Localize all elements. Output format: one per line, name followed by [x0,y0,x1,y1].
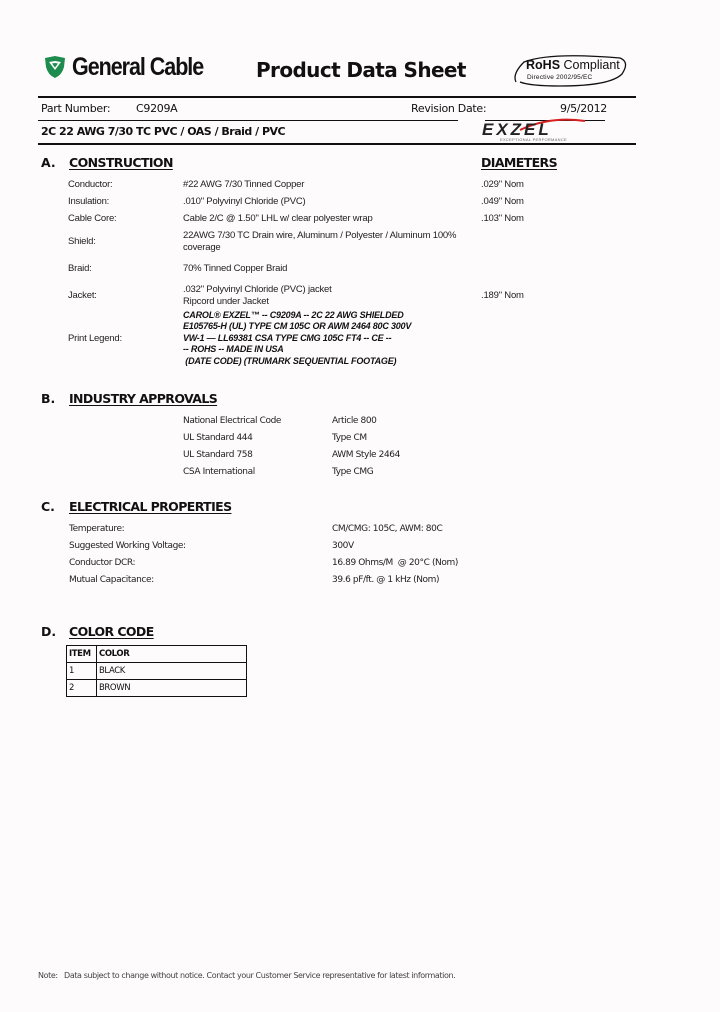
shield-label: Shield: [68,236,96,247]
rohs-text: RoHS Compliant [526,58,620,72]
cable-core-value: Cable 2/C @ 1.50" LHL w/ clear polyester… [183,213,373,225]
insulation-value: .010" Polyvinyl Chloride (PVC) [183,196,306,208]
jacket-value-line-2: Ripcord under Jacket [183,296,269,308]
approval-agency: UL Standard 758 [183,450,252,460]
section-letter-b: B. [41,391,55,406]
header-rule [38,96,636,98]
capacitance-label: Mutual Capacitance: [69,575,154,585]
company-logo: General Cable [44,52,225,82]
jacket-label: Jacket: [68,290,97,301]
jacket-diameter: .189" Nom [481,290,524,301]
print-legend-label: Print Legend: [68,333,122,344]
exzel-logo: EXZEL EXCEPTIONAL PERFORMANCE [480,118,610,144]
footer-note: Note: Data subject to change without not… [38,971,455,980]
approval-value: Article 800 [332,416,377,426]
conductor-diameter: .029" Nom [481,179,524,190]
cable-core-diameter: .103" Nom [481,213,524,224]
dcr-value: 16.89 Ohms/M @ 20°C (Nom) [332,558,458,568]
braid-value: 70% Tinned Copper Braid [183,263,287,275]
color-cell: BROWN [97,680,247,697]
section-letter-d: D. [41,624,56,639]
shield-value: 22AWG 7/30 TC Drain wire, Aluminum / Pol… [183,230,458,253]
product-description: 2C 22 AWG 7/30 TC PVC / OAS / Braid / PV… [41,125,285,138]
info-rule [38,120,458,121]
capacitance-value: 39.6 pF/ft. @ 1 kHz (Nom) [332,575,439,585]
conductor-value: #22 AWG 7/30 Tinned Copper [183,179,304,191]
page-title: Product Data Sheet [256,58,466,82]
item-cell: 1 [67,663,97,680]
approval-value: Type CM [332,433,367,443]
section-title-color-code: COLOR CODE [69,624,154,639]
approval-agency: CSA International [183,467,255,477]
part-number-label: Part Number: [41,102,110,115]
rohs-badge: RoHS Compliant Directive 2002/95/EC [510,52,630,88]
table-header-row: ITEM COLOR [67,646,247,663]
insulation-label: Insulation: [68,196,109,207]
part-number-value: C9209A [136,102,177,115]
approval-value: AWM Style 2464 [332,450,400,460]
print-legend-line: VW-1 — LL69381 CSA TYPE CMG 105C FT4 -- … [183,333,411,344]
approval-agency: UL Standard 444 [183,433,252,443]
color-code-table: ITEM COLOR 1 BLACK 2 BROWN [66,645,247,697]
header-item: ITEM [67,646,97,663]
item-cell: 2 [67,680,97,697]
rohs-directive: Directive 2002/95/EC [527,74,592,81]
voltage-value: 300V [332,541,354,551]
table-row: 1 BLACK [67,663,247,680]
voltage-label: Suggested Working Voltage: [69,541,186,551]
insulation-diameter: .049" Nom [481,196,524,207]
company-name: General Cable [72,53,203,82]
approval-value: Type CMG [332,467,373,477]
color-cell: BLACK [97,663,247,680]
braid-label: Braid: [68,263,92,274]
print-legend-line: CAROL® EXZEL™ -- C9209A -- 2C 22 AWG SHI… [183,310,411,321]
cable-core-label: Cable Core: [68,213,117,224]
dcr-label: Conductor DCR: [69,558,135,568]
print-legend-text: CAROL® EXZEL™ -- C9209A -- 2C 22 AWG SHI… [183,310,411,367]
section-title-electrical: ELECTRICAL PROPERTIES [69,499,231,514]
section-title-construction: CONSTRUCTION [69,155,173,170]
table-row: 2 BROWN [67,680,247,697]
revision-date-label: Revision Date: [411,102,486,115]
revision-date-value: 9/5/2012 [560,102,607,115]
temperature-value: CM/CMG: 105C, AWM: 80C [332,524,442,534]
print-legend-line: E105765-H (UL) TYPE CM 105C OR AWM 2464 … [183,321,411,332]
print-legend-line: (DATE CODE) (TRUMARK SEQUENTIAL FOOTAGE) [183,356,411,367]
info-bottom-rule [38,143,636,145]
shield-logo-icon [44,55,66,79]
conductor-label: Conductor: [68,179,112,190]
approval-agency: National Electrical Code [183,416,281,426]
jacket-value-line-1: .032" Polyvinyl Chloride (PVC) jacket [183,284,332,296]
section-title-approvals: INDUSTRY APPROVALS [69,391,217,406]
temperature-label: Temperature: [69,524,124,534]
section-letter-c: C. [41,499,55,514]
print-legend-line: -- ROHS -- MADE IN USA [183,344,411,355]
section-letter-a: A. [41,155,56,170]
section-title-diameters: DIAMETERS [481,155,557,170]
header-color: COLOR [97,646,247,663]
exzel-tagline: EXCEPTIONAL PERFORMANCE [500,137,567,142]
